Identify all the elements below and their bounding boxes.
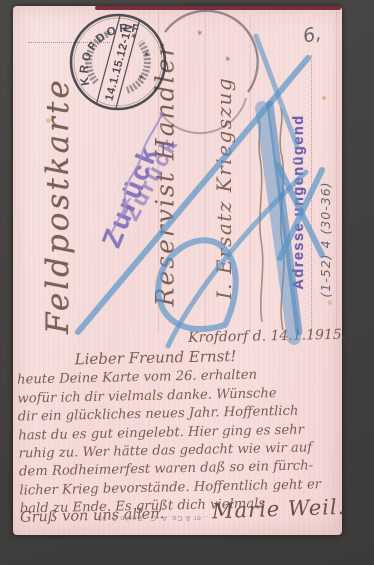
scan-background: { "colors": { "background": "#434240", "… — [0, 0, 374, 565]
address-line-2: I. Ersatz Kriegszug — [212, 48, 236, 328]
ruling-line — [311, 55, 312, 335]
ruling-line — [336, 12, 337, 334]
ruling-line — [205, 10, 206, 332]
ruling-line — [28, 42, 110, 43]
publisher-imprint: …er & Co. A.-G., Berlin S. 53 — [58, 514, 248, 523]
adresse-ungenuegend-stamp: Adresse ungenügend — [291, 97, 307, 307]
pencil-routing-note: (1-52) 4 (30-36) — [318, 142, 333, 337]
paper-stain — [322, 96, 326, 100]
feldpostkarte-label: Feldpostkarte — [40, 84, 76, 334]
message-block: Krofdorf d. 14.1.1915. Lieber Freund Ern… — [16, 325, 360, 519]
ruling-line — [250, 14, 251, 332]
card-top-edge — [95, 6, 341, 10]
